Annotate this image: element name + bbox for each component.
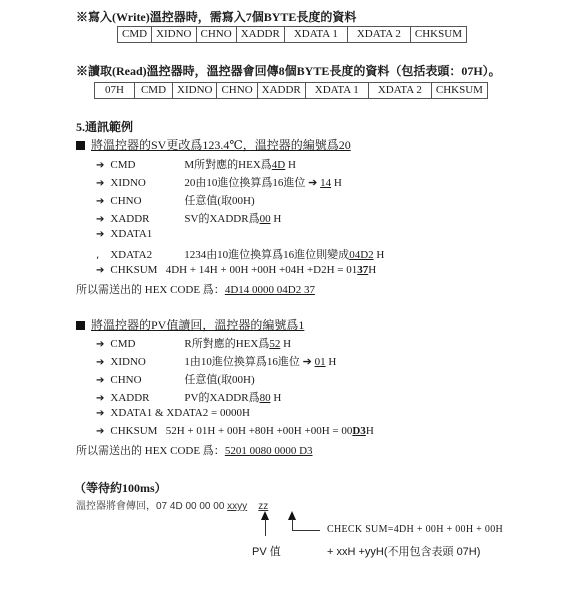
byte-cell: CHKSUM (431, 83, 487, 99)
example2-row: ➔XIDNO1由10進位換算爲16進位 ➔ 01 H (96, 353, 336, 369)
checksum-pointer-line (292, 519, 293, 530)
read-bytes-table: 07H CMD XIDNO CHNO XADDR XDATA 1 XDATA 2… (94, 82, 488, 99)
example2-hex-code-row: 所以需送出的 HEX CODE 爲：5201 0080 0000 D3 (76, 442, 313, 458)
example2-row: ➔XADDRPV的XADDR爲80 H (96, 389, 281, 405)
example1-checksum-row: ➔CHKSUM 4DH + 14H + 00H +00H +04H +D2H =… (96, 264, 376, 276)
arrow-right-icon: ➔ (96, 408, 104, 419)
pv-pointer-line (265, 519, 266, 536)
example2-row: ➔CHNO任意值(取00H) (96, 371, 255, 387)
example2-hex-code: 5201 0080 0000 D3 (225, 445, 313, 457)
byte-cell: CHNO (217, 83, 257, 99)
response-line: 溫控器將會傳回，07 4D 00 00 00 xxyy zz (76, 497, 268, 512)
byte-cell: CHKSUM (410, 27, 466, 43)
arrow-right-icon: ➔ (96, 426, 104, 437)
pv-label: PV 值 (252, 543, 281, 559)
arrow-right-icon: ➔ (96, 393, 104, 404)
checksum-formula-line2: + xxH +yyH(不用包含表頭 07H) (327, 543, 480, 559)
example1-title-row: 將溫控器的SV更改爲123.4℃，溫控器的編號爲20 (76, 136, 351, 153)
byte-cell: CMD (118, 27, 152, 43)
example1-row: ,XDATA21234由10進位換算爲16進位則變成04D2 H (96, 246, 384, 262)
example1-title: 將溫控器的SV更改爲123.4℃，溫控器的編號爲20 (91, 138, 351, 152)
byte-cell: XADDR (257, 83, 305, 99)
arrow-right-icon: ➔ (96, 265, 104, 276)
byte-cell: XIDNO (152, 27, 196, 43)
example1-row: ➔CMDM所對應的HEX爲4D H (96, 156, 296, 172)
byte-cell: XDATA 1 (305, 83, 368, 99)
example1-row: ➔XIDNO20由10進位換算爲16進位 ➔ 14 H (96, 174, 342, 190)
arrow-right-icon: ➔ (96, 214, 104, 225)
byte-cell: CMD (134, 83, 172, 99)
byte-cell: 07H (95, 83, 135, 99)
arrow-right-icon: ➔ (96, 196, 104, 207)
example1-row: ➔CHNO任意值(取00H) (96, 192, 255, 208)
byte-cell: CHNO (196, 27, 236, 43)
example2-title: 將溫控器的PV值讀回，溫控器的編號爲1 (91, 318, 304, 332)
square-bullet-icon (76, 141, 85, 150)
example1-row: ➔XADDRSV的XADDR爲00 H (96, 210, 281, 226)
write-section-title: ※寫入(Write)溫控器時，需寫入7個BYTE長度的資料 (76, 8, 356, 25)
pv-field: xxyy (227, 501, 247, 512)
checksum-pointer-line (292, 530, 320, 531)
arrow-right-icon: ➔ (96, 375, 104, 386)
example1-hex-code: 4D14 0000 04D2 37 (225, 284, 315, 296)
byte-cell: XDATA 2 (368, 83, 431, 99)
example1-hex-code-row: 所以需送出的 HEX CODE 爲：4D14 0000 04D2 37 (76, 281, 315, 297)
example2-title-row: 將溫控器的PV值讀回，溫控器的編號爲1 (76, 316, 304, 333)
wait-note: （等待約100ms） (74, 479, 167, 496)
example2-row: ➔CMDR所對應的HEX爲52 H (96, 335, 291, 351)
byte-cell: XDATA 2 (347, 27, 410, 43)
examples-heading: 5.通訊範例 (76, 118, 133, 135)
arrow-right-icon: ➔ (96, 160, 104, 171)
checksum-formula-line1: CHECK SUM=4DH + 00H + 00H + 00H (327, 524, 503, 535)
read-section-title: ※讀取(Read)溫控器時，溫控器會回傳8個BYTE長度的資料（包括表頭：07H… (76, 62, 501, 79)
example1-row: ➔XDATA1 (96, 228, 184, 240)
byte-cell: XIDNO (173, 83, 217, 99)
byte-cell: XDATA 1 (284, 27, 347, 43)
comma-mark: , (96, 250, 99, 261)
arrow-right-icon: ➔ (96, 339, 104, 350)
arrow-right-icon: ➔ (96, 178, 104, 189)
write-bytes-table: CMD XIDNO CHNO XADDR XDATA 1 XDATA 2 CHK… (117, 26, 467, 43)
arrow-right-icon: ➔ (96, 229, 104, 240)
arrow-right-icon: ➔ (96, 357, 104, 368)
byte-cell: XADDR (236, 27, 284, 43)
square-bullet-icon (76, 321, 85, 330)
example2-checksum-row: ➔CHKSUM 52H + 01H + 00H +80H +00H +00H =… (96, 425, 374, 437)
example2-xdata-row: ➔XDATA1 & XDATA2 = 0000H (96, 407, 250, 419)
